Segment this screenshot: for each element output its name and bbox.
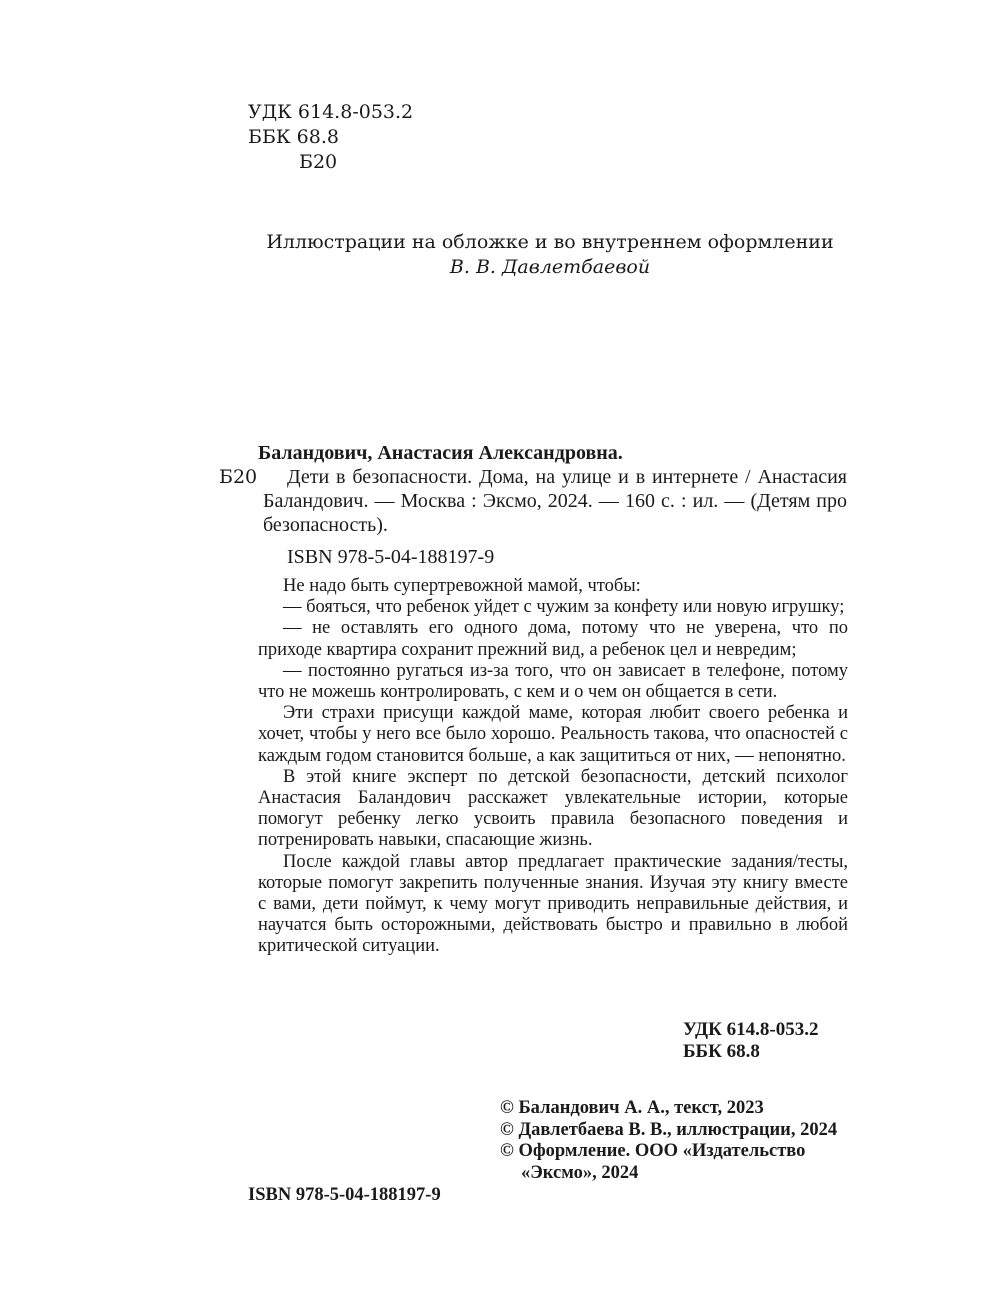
record-author-mark: Б20 [219,465,257,489]
illustrations-line: Иллюстрации на обложке и во внутреннем о… [0,230,1000,255]
author-heading: Баландович, Анастасия Александровна. [258,441,623,465]
classification-bold: УДК 614.8-053.2 ББК 68.8 [683,1019,818,1063]
copyright-design: © Оформление. ООО «Издательство «Эксмо»,… [500,1141,860,1184]
annotation-paragraph: Эти страхи присущи каждой маме, которая … [258,703,848,767]
bibliographic-description: Дети в безопасности. Дома, на улице и в … [263,465,847,537]
udk-code: УДК 614.8-053.2 [248,100,413,125]
classification-codes: УДК 614.8-053.2 ББК 68.8 Б20 [248,100,413,175]
author-mark: Б20 [248,150,413,175]
record-isbn: ISBN 978-5-04-188197-9 [287,545,494,569]
annotation-paragraph: В этой книге эксперт по детской безопасн… [258,767,848,852]
bbk-code: ББК 68.8 [248,125,413,150]
annotation-paragraph: — постоянно ругаться из-за того, что он … [258,661,848,703]
description-text: Дети в безопасности. Дома, на улице и в … [263,465,847,537]
annotation-paragraph: Не надо быть супертревожной мамой, чтобы… [258,576,848,597]
bbk-bold: ББК 68.8 [683,1041,818,1063]
copyright-text: © Баландович А. А., текст, 2023 [500,1098,860,1120]
copyright-illustrations: © Давлетбаева В. В., иллюстрации, 2024 [500,1120,860,1142]
annotation: Не надо быть супертревожной мамой, чтобы… [258,576,848,958]
copyright-block: © Баландович А. А., текст, 2023 © Давлет… [500,1098,860,1184]
annotation-paragraph: — не оставлять его одного дома, потому ч… [258,618,848,660]
annotation-paragraph: После каждой главы автор предлагает прак… [258,852,848,958]
illustrations-note: Иллюстрации на обложке и во внутреннем о… [0,230,1000,280]
annotation-paragraph: — бояться, что ребенок уйдет с чужим за … [258,597,848,618]
udk-bold: УДК 614.8-053.2 [683,1019,818,1041]
footer-isbn: ISBN 978-5-04-188197-9 [248,1184,441,1206]
illustrator-name: В. В. Давлетбаевой [0,255,1000,280]
